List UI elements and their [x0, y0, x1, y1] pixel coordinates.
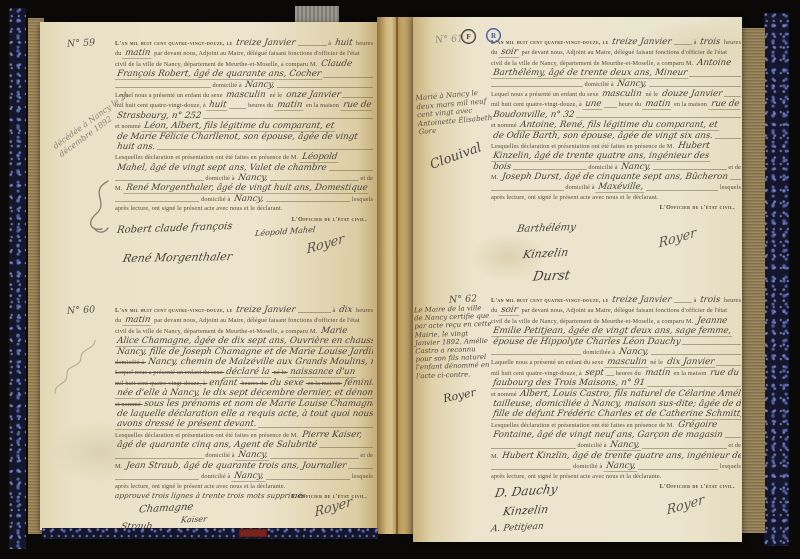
blank-rule — [716, 364, 741, 366]
handwritten-entry: féminin, — [341, 378, 373, 388]
blank-rule — [115, 179, 204, 181]
handwritten-entry: Nancy, fille de Joseph Chamagne et de Ma… — [115, 347, 373, 357]
acte-line: et nommé Albert, Louis Castro, fils natu… — [491, 389, 741, 399]
acte-line: née d'elle à Nancy, le dix sept décembre… — [115, 388, 373, 398]
book-cover-bottom-edge — [42, 528, 378, 539]
printed-text: domicilié à — [211, 81, 244, 90]
blank-rule — [266, 200, 350, 202]
acte-line: du matin par devant nous, Adjoint au Mai… — [115, 315, 373, 325]
acte-line: mil huit cent quatre-vingt-douze, à une … — [491, 99, 741, 109]
handwritten-entry: treize Janvier — [234, 38, 299, 48]
handwritten-entry: masculin — [600, 89, 645, 99]
acte-line: Lequel nous a présenté un enfant du sexe… — [115, 90, 373, 100]
printed-text: Lesquelles déclaration et présentation o… — [491, 142, 676, 151]
printed-text: mil huit cent quatre-vingt-douze, à — [491, 369, 583, 378]
handwritten-entry: sous les prénoms et nom de Marie Louise … — [142, 399, 373, 409]
printed-text: lesquels — [350, 195, 373, 204]
printed-text: L'an mil huit cent quatre-vingt-douze, l… — [491, 38, 610, 47]
handwritten-entry: Nancy, — [235, 450, 270, 460]
printed-text: Lesquelles déclaration et présentation o… — [115, 431, 300, 440]
blank-rule — [329, 169, 373, 171]
handwritten-entry: Nancy, — [615, 79, 650, 89]
handwritten-entry: soir — [498, 47, 520, 57]
printed-text: Lesquelles déclaration et présentation o… — [491, 421, 676, 430]
handwritten-entry: rue du — [707, 368, 741, 378]
handwritten-entry: Jean Straub, âgé de quarante trois ans, … — [123, 461, 349, 471]
handwritten-entry: Léopold — [299, 152, 340, 162]
handwritten-entry: Alice Chamagne, âgée de dix sept ans, Ou… — [115, 336, 373, 346]
handwritten-entry: Grégoire — [675, 420, 720, 430]
acte-line: Lesquelles déclaration et présentation o… — [115, 152, 373, 162]
handwritten-entry: Strasbourg, n° 252 — [115, 111, 204, 121]
blank-rule — [491, 189, 564, 191]
acte-line: L'an mil huit cent quatre-vingt-douze, l… — [115, 305, 373, 315]
printed-text-struck: mil huit cent quatre-vingt-douze, à — [115, 379, 207, 388]
handwritten-entry: René Morgenthaler, âgé de vingt huit ans… — [123, 183, 370, 193]
acte-line: domicilié à Nancy, lesquels — [491, 461, 741, 471]
blank-rule — [725, 436, 741, 438]
acte-body: L'an mil huit cent quatre-vingt-douze, l… — [115, 305, 373, 492]
printed-text: né le — [268, 91, 284, 100]
acte-number: N° 60 — [67, 304, 96, 316]
handwritten-entry: treize Janvier — [234, 305, 299, 315]
acte-number: N° 59 — [67, 37, 96, 49]
acte-line: Nancy, fille de Joseph Chamagne et de Ma… — [115, 347, 373, 357]
acte-line: après lecture, ont signé le présent acte… — [115, 204, 373, 214]
printed-text: heures du — [614, 369, 643, 378]
blank-rule — [270, 179, 359, 181]
acte-line: domicilié à Nancy, — [115, 80, 373, 90]
blank-rule — [724, 95, 741, 97]
acte-line: Alice Chamagne, âgée de dix sept ans, Ou… — [115, 336, 373, 346]
blank-rule — [647, 385, 741, 387]
handwritten-entry: tailleuse, domiciliée à Nancy, maison su… — [491, 399, 741, 409]
blank-rule — [258, 426, 373, 428]
handwritten-entry: Nancy, — [231, 194, 266, 204]
handwritten-entry: trois — [697, 295, 723, 305]
acte-line: L'an mil huit cent quatre-vingt-douze, l… — [115, 38, 373, 48]
handwritten-entry: Antoine, René, fils légitime du comparan… — [518, 120, 721, 130]
acte-line: Fontaine, âgé de vingt neuf ans, Garçon … — [491, 430, 741, 440]
acte-line: avons dressé le présent devant. — [115, 419, 373, 429]
handwritten-entry: huit — [332, 38, 355, 48]
paraph-flourish — [78, 178, 116, 236]
blank-rule — [342, 96, 373, 98]
blank-rule — [348, 467, 373, 469]
printed-text: après lecture, ont signé le présent acte… — [491, 193, 658, 203]
acte-line: M. Joseph Durst, âgé de cinquante sept a… — [491, 172, 741, 182]
handwritten-entry: dix Janvier — [664, 357, 717, 367]
acte-line: et nommé Léon, Albert, fils légitime du … — [115, 121, 373, 131]
signature: Durst — [532, 269, 572, 285]
book-cover-left — [9, 8, 26, 549]
handwritten-entry: onze Janvier — [283, 90, 343, 100]
stamp-r-icon: R — [486, 28, 501, 43]
blank-rule — [638, 468, 718, 470]
blank-rule — [323, 76, 373, 78]
blank-rule — [653, 168, 727, 170]
printed-text: en la maison — [304, 101, 340, 110]
printed-text: mil huit cent quatre-vingt-douze, à — [115, 101, 207, 110]
printed-text: par devant nous, Adjoint au Maire, délég… — [520, 48, 727, 57]
blank-rule — [715, 137, 741, 139]
printed-text: Lesquelles déclaration et présentation o… — [115, 153, 300, 162]
handwritten-entry: bois — [491, 162, 514, 172]
printed-text-struck: en la maison — [306, 379, 342, 388]
acte-line: domicilié à Nancy, lesquels — [115, 471, 373, 481]
blank-rule — [319, 446, 373, 448]
acte-line: L'an mil huit cent quatre-vingt-douze, l… — [491, 37, 741, 47]
printed-text: après lecture, ont signé le présent acte… — [115, 204, 282, 214]
margin-note-paraph: Clouival — [428, 140, 484, 172]
handwritten-entry: douze Janvier — [659, 89, 725, 99]
printed-text: lesquels — [718, 183, 741, 192]
printed-text: domicilié à — [199, 472, 232, 481]
acte-line: faubourg des Trois Maisons, n° 91 — [491, 378, 741, 388]
acte-line: Kinzelin, âgé de trente quatre ans, ingé… — [491, 151, 741, 161]
printed-text: Laquelle nous a présenté un enfant du se… — [491, 358, 605, 367]
handwritten-entry: Nancy, — [619, 162, 654, 172]
printed-text: heures — [722, 38, 741, 47]
handwritten-entry: de Odile Barth, son épouse, âgée de ving… — [491, 131, 716, 141]
printed-text: par devant nous, Adjoint au Maire, délég… — [152, 49, 359, 58]
acte-line: domicilié à Nancy, et de — [491, 440, 741, 450]
acte-line: fille de défunt Frédéric Charles et de C… — [491, 409, 741, 419]
printed-text: en la maison — [672, 369, 708, 378]
book-gutter — [377, 17, 413, 534]
printed-text: né le — [644, 90, 660, 99]
handwritten-entry: Joseph Durst, âgé de cinquante sept ans,… — [499, 172, 730, 182]
signature: Royer — [667, 492, 705, 518]
acte-line: Lesquelles déclaration et présentation o… — [491, 420, 741, 430]
blank-rule — [277, 86, 373, 88]
handwritten-entry: Maxéville, — [595, 182, 646, 192]
printed-text: en la maison — [672, 100, 708, 109]
acte-naissance-61: F R N° 61 L'an mil huit cent quatre-ving… — [491, 37, 741, 303]
page-block-edge-right — [742, 28, 765, 533]
signature: René Morgenthaler — [122, 250, 234, 265]
handwritten-entry: Barthélémy, âgé de trente deux ans, Mine… — [491, 68, 690, 78]
printed-text-struck: et nommé — [115, 400, 142, 409]
blank-rule — [604, 106, 617, 108]
acte-line: civil de la ville de Nancy, département … — [115, 326, 373, 336]
handwritten-entry: Marie — [318, 326, 350, 336]
printed-text: lesquels — [350, 472, 373, 481]
blank-rule — [730, 178, 741, 180]
blank-rule — [649, 85, 741, 87]
acte-signatures: L'Officier de l'état civil. BarthélémyKi… — [491, 203, 741, 303]
acte-line: Laquelle nous a présenté un enfant du se… — [491, 357, 741, 367]
printed-text: et de — [727, 163, 741, 172]
tailband — [239, 529, 267, 537]
page-left: décédée à Nancy le 21 décembre 1892 N° 5… — [40, 22, 377, 530]
acte-line: domiciliée à Nancy, — [491, 347, 741, 357]
printed-text: né le — [649, 358, 665, 367]
acte-line: domicilié à Nancy, et de — [115, 450, 373, 460]
approval-note: approuvé trois lignes à trente trois mot… — [114, 491, 306, 500]
acte-line: domicilié à Nancy, et de — [115, 173, 373, 183]
signature: Kaiser — [180, 515, 207, 525]
handwritten-entry: Léon, Albert, fils légitime du comparant… — [142, 121, 338, 131]
handwritten-entry: naissance d'un — [287, 367, 358, 377]
handwritten-entry: matin — [642, 368, 673, 378]
handwritten-entry: de Marie Félicie Charllenot, son épouse,… — [115, 132, 360, 142]
signature: Léopold Mahel — [255, 224, 316, 237]
acte-line: civil de la ville de Nancy, département … — [491, 316, 741, 326]
officer-label: L'Officier de l'état civil. — [292, 217, 367, 223]
acte-signatures: L'Officier de l'état civil. Robert claud… — [115, 215, 373, 297]
handwritten-entry: Nancy, — [235, 173, 270, 183]
blank-rule — [491, 353, 581, 355]
acte-line: domicilié à Nancy, lesquels — [115, 194, 373, 204]
printed-text: et de — [727, 441, 741, 450]
printed-text: L'an mil huit cent quatre-vingt-douze, l… — [115, 306, 234, 315]
printed-text: domicilié à — [204, 174, 237, 183]
blank-rule — [513, 168, 587, 170]
blank-rule — [298, 311, 331, 313]
acte-line: du soir par devant nous, Adjoint au Mair… — [491, 305, 741, 315]
printed-text: Lequel nous a présenté un enfant du sexe — [115, 91, 224, 100]
printed-text: heure du — [617, 100, 643, 109]
acte-line: L'an mil huit cent quatre-vingt-douze, l… — [491, 295, 741, 305]
blank-rule — [682, 343, 741, 345]
handwritten-entry: Nancy, — [603, 461, 638, 471]
acte-line: Boudonville, n° 32 — [491, 110, 741, 120]
acte-line: et nommé sous les prénoms et nom de Mari… — [115, 399, 373, 409]
handwritten-entry: Nancy, — [231, 471, 266, 481]
blank-rule — [491, 468, 571, 470]
acte-body: L'an mil huit cent quatre-vingt-douze, l… — [491, 37, 741, 203]
handwritten-entry: Albert, Louis Castro, fils naturel de Cé… — [518, 389, 741, 399]
signature: Barthélémy — [516, 222, 577, 235]
acte-line: M. René Morgenthaler, âgé de vingt huit … — [115, 183, 373, 193]
printed-text: Lequel nous a présenté un enfant du sexe — [491, 90, 600, 99]
acte-line: épouse de Hippolyte Charles Léon Dauchy — [491, 337, 741, 347]
acte-line: François Robert, âgé de quarante ans, Co… — [115, 69, 373, 79]
acte-line: Lequel nous a présenté un enfant du sexe… — [115, 367, 373, 377]
handwritten-entry: Jeanne — [694, 316, 730, 326]
acte-line: de Odile Barth, son épouse, âgée de ving… — [491, 131, 741, 141]
printed-text: par devant nous, Adjoint au Maire, délég… — [520, 306, 727, 315]
printed-text: domicilié à — [204, 451, 237, 460]
printed-text: et nommé — [115, 122, 142, 131]
blank-rule — [491, 447, 576, 449]
margin-note-mariage: Marié à Nancy le deux mars mil neuf cent… — [415, 88, 494, 137]
handwritten-entry: une — [583, 99, 605, 109]
handwritten-entry: huit — [207, 100, 230, 110]
printed-text: domicilié à — [199, 195, 232, 204]
pencil-scribble — [43, 334, 106, 401]
handwritten-entry: Nancy, chemin de Malzéville aux Grands M… — [145, 357, 373, 367]
acte-line: M. Jean Straub, âgé de quarante trois an… — [115, 461, 373, 471]
acte-line: du matin par devant nous, Adjoint au Mai… — [115, 48, 373, 58]
handwritten-entry: treize Janvier — [610, 37, 675, 47]
handwritten-entry: de laquelle déclaration elle a requis ac… — [115, 409, 373, 419]
blank-rule — [674, 43, 692, 45]
handwritten-entry: matin — [122, 315, 153, 325]
acte-naissance-60: N° 60 L'an mil huit cent quatre-vingt-do… — [115, 305, 373, 536]
acte-line: Strasbourg, n° 252 — [115, 111, 373, 121]
handwritten-entry: enfant — [207, 378, 241, 388]
signature: Robert claude françois — [116, 221, 233, 236]
acte-line: M. Hubert Kinzlin, âgé de trente quatre … — [491, 451, 741, 461]
acte-line: après lecture, ont signé le présent acte… — [491, 193, 741, 203]
printed-text: L'an mil huit cent quatre-vingt-douze, l… — [115, 39, 234, 48]
acte-naissance-59: N° 59 L'an mil huit cent quatre-vingt-do… — [115, 38, 373, 297]
printed-text: heures — [354, 39, 373, 48]
handwritten-entry: rue de — [340, 100, 373, 110]
printed-text: civil de la ville de Nancy, département … — [115, 327, 319, 336]
handwritten-entry: déclaré la — [224, 367, 273, 377]
acte-line: domicilié à Nancy, — [491, 79, 741, 89]
acte-line: Émilie Petitjean, âgée de vingt deux ans… — [491, 326, 741, 336]
printed-text: heures — [722, 296, 741, 305]
officer-label: L'Officier de l'état civil. — [660, 484, 735, 490]
handwritten-entry: Kinzelin, âgé de trente quatre ans, ingé… — [491, 151, 712, 161]
handwritten-entry: huit ans. — [115, 142, 158, 152]
printed-text: domiciliée à — [581, 348, 617, 357]
acte-line: âgé de quarante cinq ans, Agent de Salub… — [115, 440, 373, 450]
blank-rule — [606, 374, 614, 376]
acte-line: domicilié à Nancy, chemin de Malzéville … — [115, 357, 373, 367]
handwritten-entry: Nancy, — [243, 80, 278, 90]
handwritten-entry: épouse de Hippolyte Charles Léon Dauchy — [491, 337, 683, 347]
handwritten-entry: Claude — [318, 59, 355, 69]
handwritten-entry: Fontaine, âgé de vingt neuf ans, Garçon … — [491, 430, 725, 440]
acte-line: de Marie Félicie Charllenot, son épouse,… — [115, 132, 373, 142]
handwritten-entry: matin — [642, 99, 673, 109]
printed-text: et de — [359, 174, 373, 183]
blank-rule — [115, 478, 199, 480]
acte-line: Barthélémy, âgé de trente deux ans, Mine… — [491, 68, 741, 78]
handwritten-entry: matin — [122, 48, 153, 58]
acte-line: du soir par devant nous, Adjoint au Mair… — [491, 47, 741, 57]
handwritten-entry: sept — [583, 368, 607, 378]
signature: Kinzelin — [502, 503, 549, 518]
blank-rule — [115, 457, 204, 459]
acte-line: tailleuse, domiciliée à Nancy, maison su… — [491, 399, 741, 409]
printed-text: civil de la ville de Nancy, département … — [491, 317, 695, 326]
signature: Kinzelin — [522, 246, 570, 262]
blank-rule — [298, 44, 327, 46]
book-cover-right — [764, 13, 789, 546]
acte-line: domicilié à Maxéville, lesquels — [491, 182, 741, 192]
margin-note-reconnaissance: Le Maire de la ville de Nancy certifie q… — [414, 304, 495, 381]
handwritten-entry: treize Janvier — [610, 295, 675, 305]
printed-text: domicilié à — [587, 163, 620, 172]
acte-number: N° 62 — [449, 293, 478, 305]
printed-text: et de — [359, 451, 373, 460]
acte-line: bois domicilié à Nancy, et de — [491, 162, 741, 172]
printed-text-struck: domicilié à — [115, 358, 146, 367]
printed-text: heures du — [246, 101, 275, 110]
acte-line: Lesquelles déclaration et présentation o… — [115, 430, 373, 440]
handwritten-entry: du sexe — [267, 378, 306, 388]
signature: Royer — [659, 226, 697, 252]
handwritten-entry: âgé de quarante cinq ans, Agent de Salub… — [115, 440, 320, 450]
handwritten-entry: Hubert Kinzlin, âgé de trente quatre ans… — [499, 451, 741, 461]
printed-text-struck: Lequel nous a présenté un enfant du sexe — [115, 368, 224, 377]
printed-text: lesquels — [718, 462, 741, 471]
signature: Chamagne — [138, 502, 194, 516]
handwritten-entry: Mahel, âgé de vingt sept ans, Valet de c… — [115, 163, 329, 173]
printed-text: civil de la ville de Nancy, département … — [115, 60, 319, 69]
register-photo: décédée à Nancy le 21 décembre 1892 N° 5… — [0, 0, 800, 559]
printed-text: mil huit cent quatre-vingt-douze, à — [491, 100, 583, 109]
acte-line: après lecture, ont signé le présent acte… — [491, 472, 741, 482]
page-right: Marié à Nancy le deux mars mil neuf cent… — [413, 17, 742, 542]
acte-line: Lequel nous a présenté un enfant du sexe… — [491, 89, 741, 99]
printed-text: L'an mil huit cent quatre-vingt-douze, l… — [491, 296, 610, 305]
handwritten-entry: matin — [274, 100, 305, 110]
acte-line: mil huit cent quatre-vingt-douze, à sept… — [491, 368, 741, 378]
printed-text-struck: né le — [272, 368, 288, 377]
handwritten-entry: Antoine — [694, 58, 734, 68]
printed-text: domicilié à — [564, 183, 597, 192]
acte-line: civil de la ville de Nancy, département … — [115, 59, 373, 69]
printed-text: heures — [354, 306, 373, 315]
printed-text: après lecture, ont signé le présent acte… — [491, 472, 661, 482]
handwritten-entry: dix — [336, 305, 355, 315]
printed-text: domicilié à — [576, 441, 609, 450]
printed-text: domicilié à — [571, 462, 604, 471]
acte-line: Mahel, âgé de vingt sept ans, Valet de c… — [115, 163, 373, 173]
printed-text: civil de la ville de Nancy, département … — [491, 59, 695, 68]
signature: A. Petitjean — [490, 522, 544, 535]
blank-rule — [203, 117, 373, 119]
acte-line: huit ans. — [115, 142, 373, 152]
blank-rule — [266, 478, 350, 480]
handwritten-entry: Émilie Petitjean, âgée de vingt deux ans… — [491, 326, 734, 336]
blank-rule — [229, 107, 247, 109]
handwritten-entry: née d'elle à Nancy, le dix sept décembre… — [115, 388, 373, 398]
officer-label: L'Officier de l'état civil. — [660, 205, 735, 211]
acte-line: mil huit cent quatre-vingt-douze, à huit… — [115, 100, 373, 110]
printed-text: domicilié à — [583, 80, 616, 89]
handwritten-entry: masculin — [224, 90, 269, 100]
blank-rule — [651, 353, 741, 355]
handwritten-entry: Nancy, — [607, 440, 642, 450]
acte-line: et nommé Antoine, René, fils légitime du… — [491, 120, 741, 130]
handwritten-entry: Pierre Kaiser, — [299, 430, 365, 440]
blank-rule — [689, 75, 741, 77]
handwritten-entry: Hubert — [675, 141, 712, 151]
handwritten-entry: masculin — [604, 357, 649, 367]
blank-rule — [157, 148, 373, 150]
signature: D. Dauchy — [494, 482, 559, 501]
handwritten-entry: avons dressé le présent devant. — [115, 419, 259, 429]
handwritten-entry: Nancy, — [616, 347, 651, 357]
handwritten-entry: rue de — [708, 99, 741, 109]
acte-body: L'an mil huit cent quatre-vingt-douze, l… — [491, 295, 741, 482]
blank-rule — [115, 200, 199, 202]
blank-rule — [674, 301, 692, 303]
acte-number: N° 61 — [435, 33, 464, 45]
blank-rule — [642, 447, 727, 449]
signature: Royer — [307, 231, 345, 257]
acte-line: mil huit cent quatre-vingt-douze, à enfa… — [115, 378, 373, 388]
handwritten-entry: fille de défunt Frédéric Charles et de C… — [491, 409, 741, 419]
handwritten-entry: trois — [697, 37, 723, 47]
blank-rule — [576, 116, 741, 118]
acte-line: de laquelle déclaration elle a requis ac… — [115, 409, 373, 419]
printed-text: et nommé — [491, 390, 518, 399]
acte-body: L'an mil huit cent quatre-vingt-douze, l… — [115, 38, 373, 215]
blank-rule — [491, 85, 583, 87]
blank-rule — [646, 189, 719, 191]
acte-line: Lesquelles déclaration et présentation o… — [491, 141, 741, 151]
handwritten-entry: François Robert, âgé de quarante ans, Co… — [115, 69, 324, 79]
